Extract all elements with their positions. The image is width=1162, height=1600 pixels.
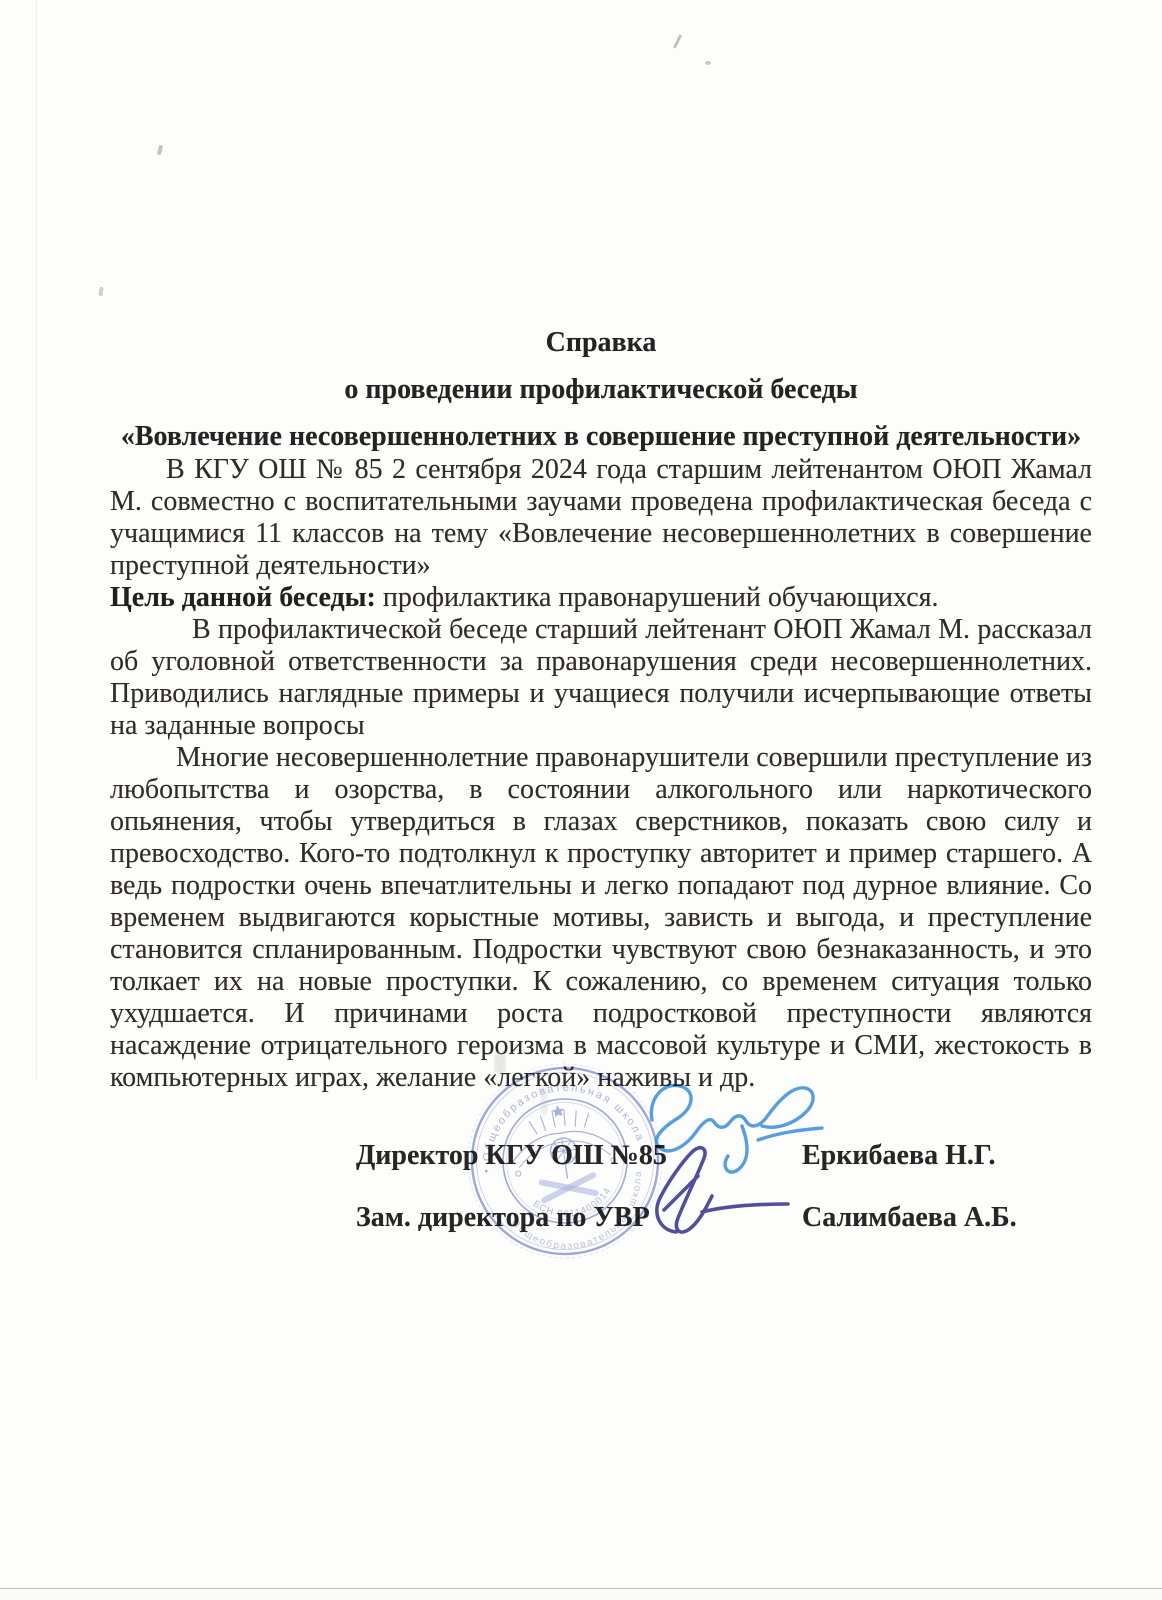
- signature-name-director: Еркибаева Н.Г.: [802, 1140, 996, 1172]
- goal-line: Цель данной беседы: профилактика правона…: [110, 582, 1092, 614]
- document-body: Справка о проведении профилактической бе…: [110, 326, 1092, 1094]
- goal-text: профилактика правонарушений обучающихся.: [376, 582, 939, 613]
- scan-speck: [705, 61, 711, 65]
- scan-speck: [673, 34, 682, 49]
- scan-speck: [98, 287, 103, 296]
- director-signature-icon: [651, 1085, 822, 1172]
- scanner-background: [0, 1589, 1162, 1600]
- signature-label-deputy: Зам. директора по УВР: [356, 1202, 650, 1234]
- signature-label-director: Директор КГУ ОШ №85: [356, 1140, 667, 1172]
- paragraph-analysis: Многие несовершеннолетние правонарушител…: [110, 742, 1092, 1094]
- paragraph-details: В профилактической беседе старший лейтен…: [110, 614, 1092, 742]
- doc-topic: «Вовлечение несовершеннолетних в соверше…: [110, 420, 1092, 454]
- scanned-document-page: Справка о проведении профилактической бе…: [0, 0, 1162, 1600]
- doc-title: Справка: [110, 326, 1092, 360]
- paragraph-intro: В КГУ ОШ № 85 2 сентября 2024 года старш…: [110, 454, 1092, 582]
- signature-name-deputy: Салимбаева А.Б.: [802, 1202, 1017, 1234]
- goal-label: Цель данной беседы:: [110, 582, 376, 613]
- scanner-edge-line: [36, 0, 37, 1080]
- deputy-signature-icon: [657, 1148, 788, 1232]
- scan-speck: [157, 145, 163, 156]
- doc-subtitle: о проведении профилактической беседы: [110, 373, 1092, 407]
